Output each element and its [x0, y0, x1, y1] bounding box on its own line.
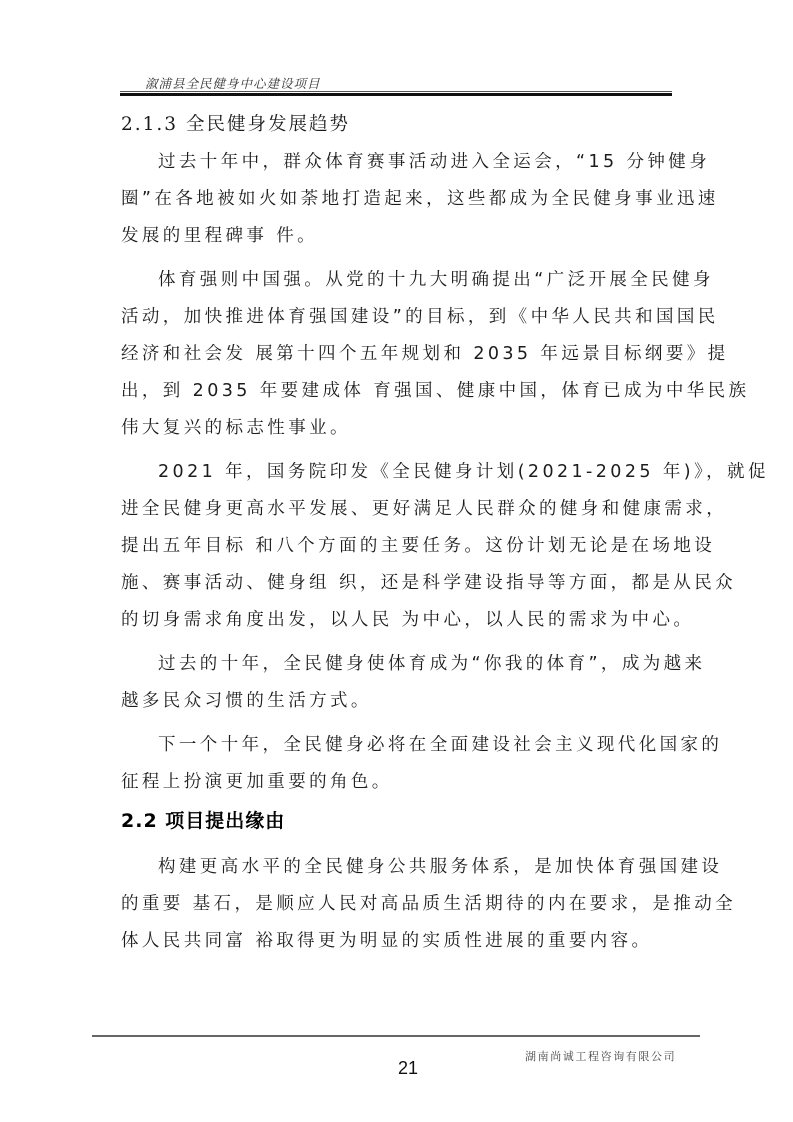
paragraph-line: 2021 年，国务院印发《全民健身计划(2021-2025 年)》，就促: [158, 460, 769, 484]
paragraph-line: 体育强则中国强。从党的十九大明确提出“广泛开展全民健身: [158, 268, 714, 292]
paragraph-line: 征程上扮演更加重要的角色。: [121, 770, 393, 794]
paragraph-line: 下一个十年，全民健身必将在全面建设社会主义现代化国家的: [158, 733, 722, 757]
paragraph-line: 发展的里程碑事 件。: [121, 224, 318, 248]
paragraph-line: 的重要 基石，是顺应人民对高品质生活期待的内在要求，是推动全: [121, 892, 736, 916]
section-heading-2-2: 2.2 项目提出缘由: [121, 806, 285, 833]
document-page: 溆浦县全民健身中心建设项目 2.1.3 全民健身发展趋势 过去十年中，群众体育赛…: [0, 0, 793, 1122]
paragraph-line: 构建更高水平的全民健身公共服务体系，是加快体育强国建设: [158, 855, 722, 879]
paragraph-line: 活动，加快推进体育强国建设”的目标，到《中华人民共和国国民: [121, 305, 719, 329]
paragraph-line: 提出五年目标 和八个方面的主要任务。这份计划无论是在场地设: [121, 534, 715, 558]
paragraph-line: 过去的十年，全民健身使体育成为“你我的体育”，成为越来: [158, 652, 705, 676]
paragraph-line: 过去十年中，群众体育赛事活动进入全运会，“15 分钟健身: [158, 150, 710, 174]
paragraph-line: 伟大复兴的标志性事业。: [121, 416, 351, 440]
paragraph-line: 经济和社会发 展第十四个五年规划和 2035 年远景目标纲要》提: [121, 342, 729, 366]
running-header-title: 溆浦县全民健身中心建设项目: [145, 74, 321, 92]
section-heading-2-1-3: 2.1.3 全民健身发展趋势: [121, 110, 350, 136]
paragraph-line: 体人民共同富 裕取得更为明显的实质性进展的重要内容。: [121, 929, 652, 953]
page-number: 21: [398, 1058, 418, 1079]
header-rule-thick: [120, 93, 672, 96]
header-rule-thin: [120, 91, 672, 92]
paragraph-line: 施、赛事活动、健身组 织，还是科学建设指导等方面，都是从民众: [121, 571, 736, 595]
paragraph-line: 圈”在各地被如火如荼地打造起来，这些都成为全民健身事业迅速: [121, 187, 719, 211]
footer-rule: [92, 1035, 700, 1037]
paragraph-line: 的切身需求角度出发，以人民 为中心，以人民的需求为中心。: [121, 608, 694, 632]
paragraph-line: 出，到 2035 年要建成体 育强国、健康中国，体育已成为中华民族: [121, 379, 749, 403]
paragraph-line: 越多民众习惯的生活方式。: [121, 689, 372, 713]
paragraph-line: 进全民健身更高水平发展、更好满足人民群众的健身和健康需求，: [121, 497, 727, 521]
footer-company-name: 湖南尚诚工程咨询有限公司: [525, 1048, 676, 1064]
header-double-rule: [120, 91, 672, 96]
